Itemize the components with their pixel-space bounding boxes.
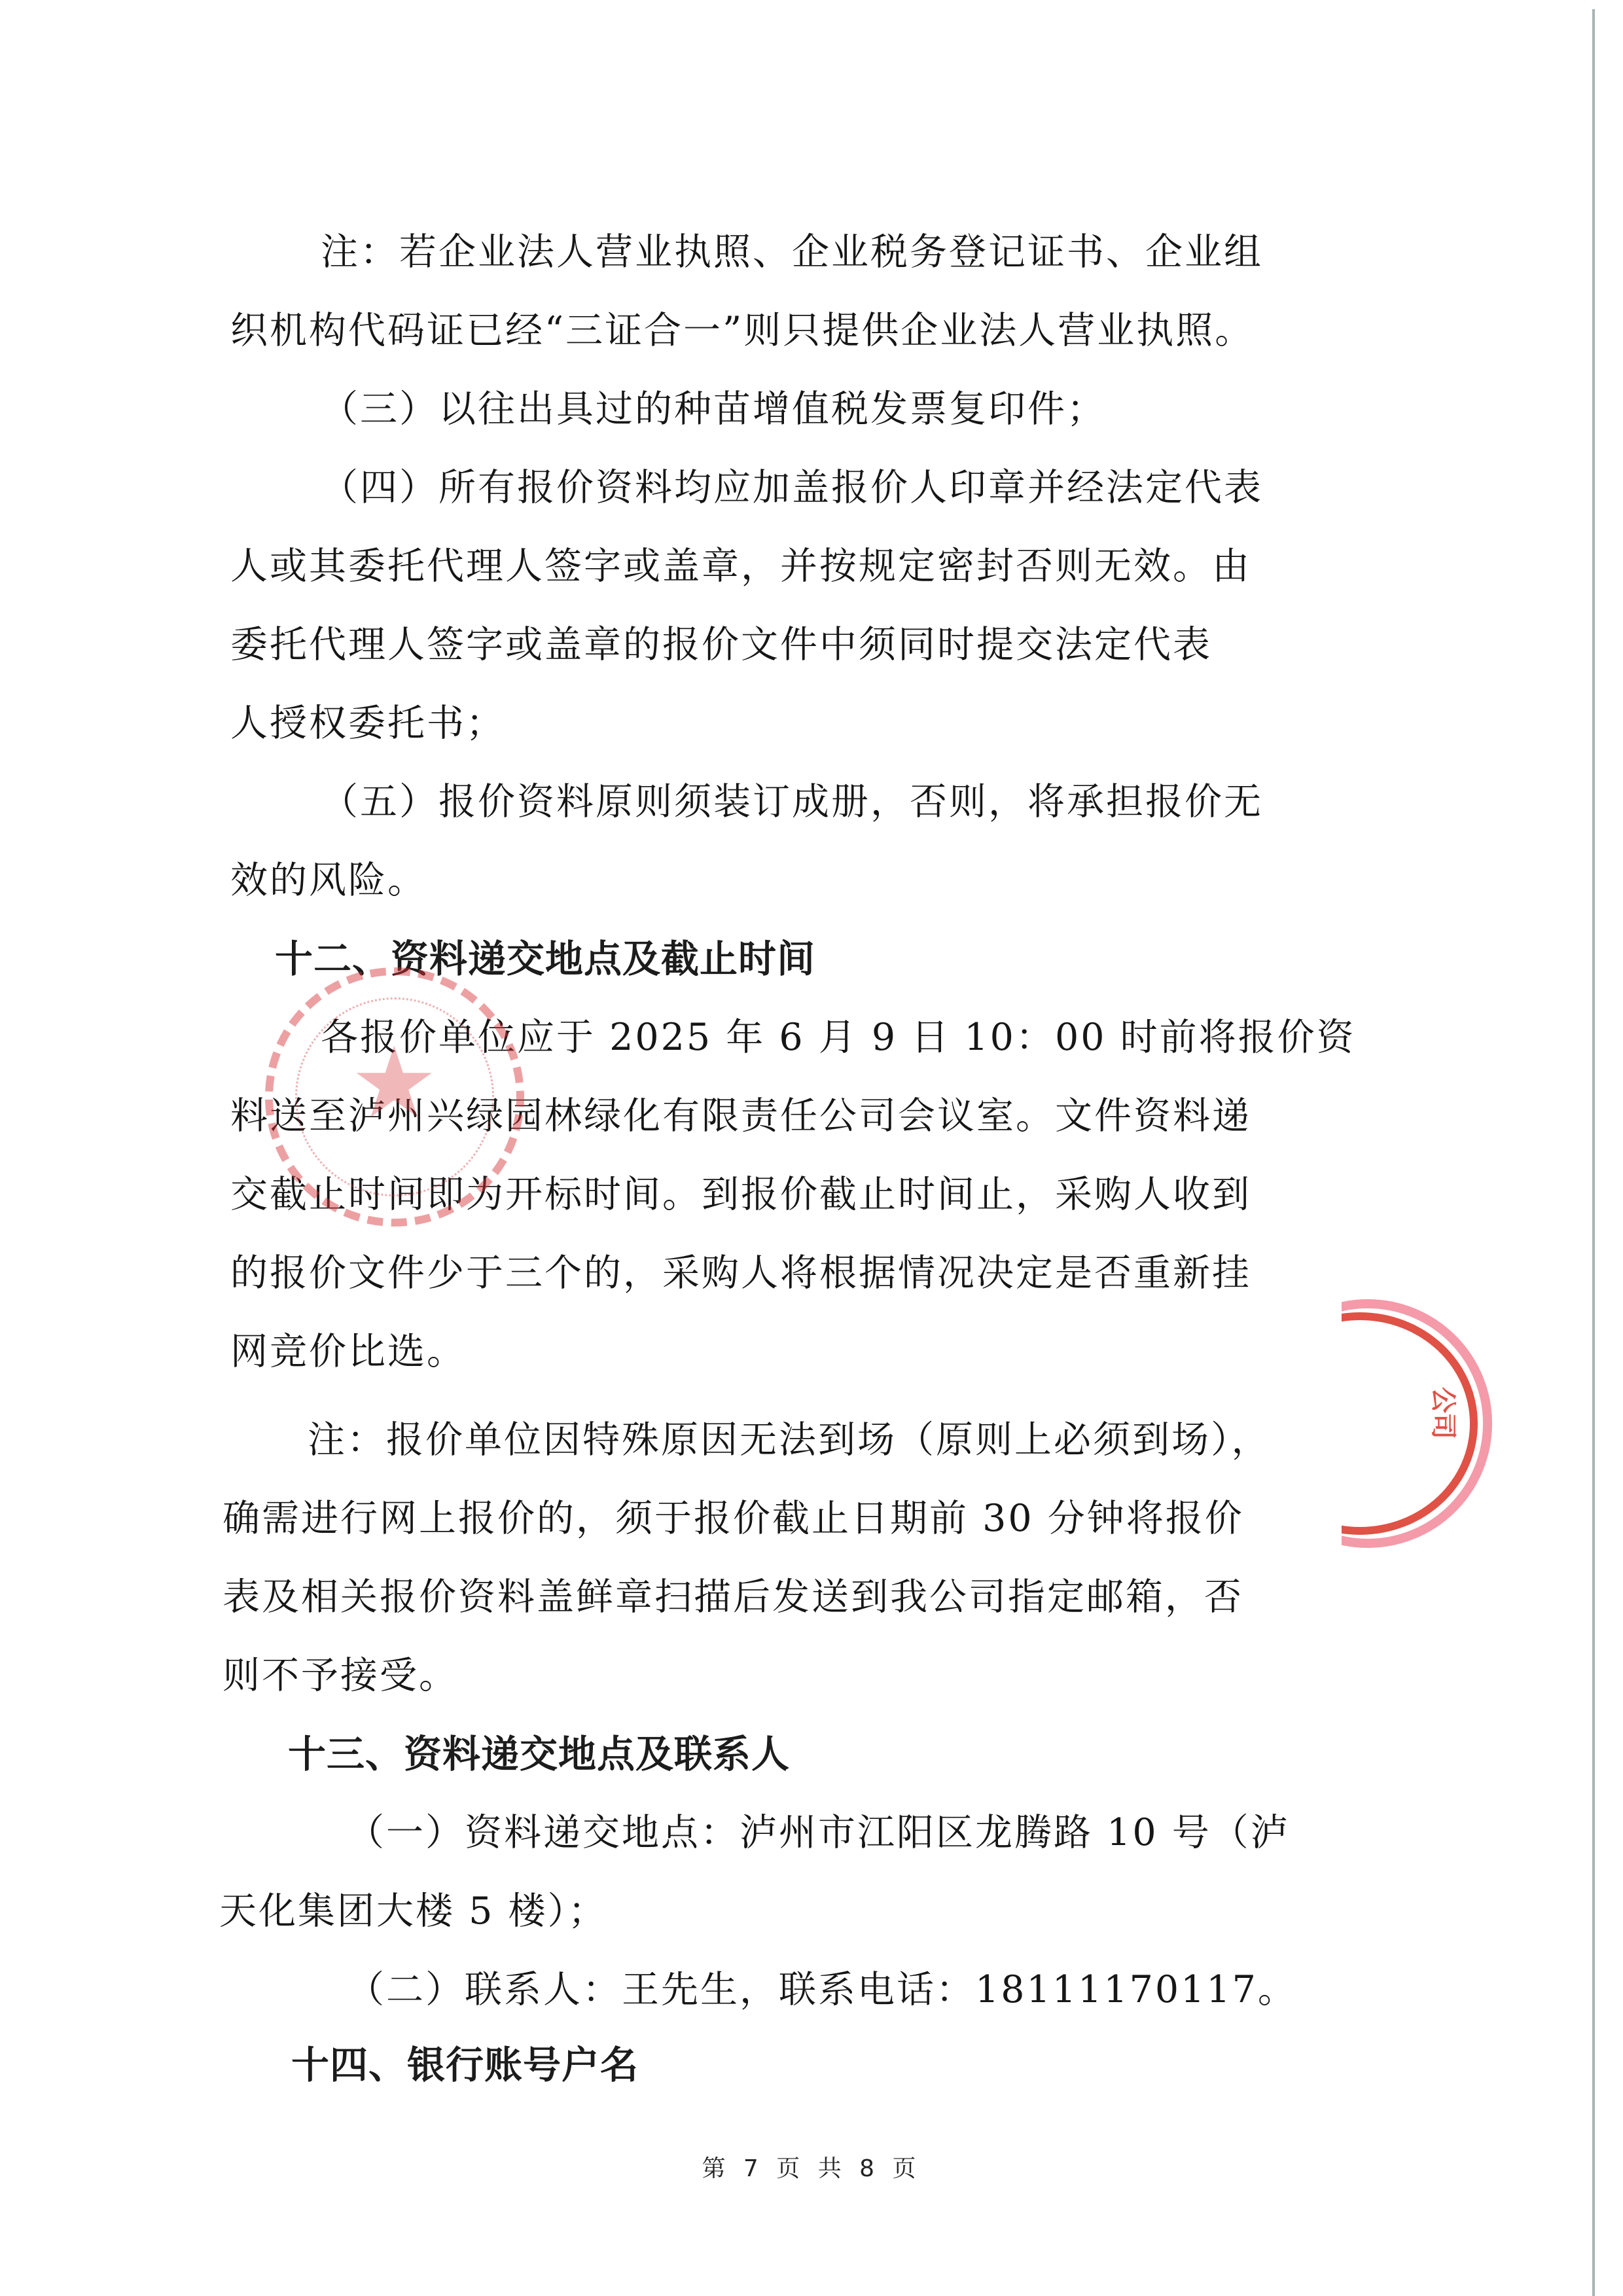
note-2-line-4: 则不予接受。 [223, 1649, 458, 1702]
note-2-line-1: 注：报价单位因特殊原因无法到场（原则上必须到场）， [308, 1414, 1271, 1466]
section-13-heading: 十三、资料递交地点及联系人 [288, 1728, 790, 1780]
note-1-line-1: 注：若企业法人营业执照、企业税务登记证书、企业组 [321, 226, 1263, 278]
page-number-footer: 第 7 页 共 8 页 [0, 2150, 1623, 2183]
section-13-item-2-line-1: （二）联系人：王先生，联系电话：18111170117。 [347, 1964, 1297, 2016]
note-2-line-3: 表及相关报价资料盖鲜章扫描后发送到我公司指定邮箱，否 [223, 1571, 1243, 1623]
item-4-line-3: 委托代理人签字或盖章的报价文件中须同时提交法定代表 [230, 619, 1212, 671]
section-12-line-4: 的报价文件少于三个的，采购人将根据情况决定是否重新挂 [230, 1247, 1251, 1299]
item-3-line-1: （三）以往出具过的种苗增值税发票复印件； [321, 383, 1106, 435]
note-1-line-2: 织机构代码证已经“三证合一”则只提供企业法人营业执照。 [230, 304, 1254, 357]
section-13-item-1-line-2: 天化集团大楼 5 楼）； [219, 1885, 607, 1937]
item-5-line-1: （五）报价资料原则须装订成册，否则，将承担报价无 [321, 776, 1263, 828]
document-page: 注：若企业法人营业执照、企业税务登记证书、企业组 织机构代码证已经“三证合一”则… [0, 0, 1623, 2296]
scan-edge-line [1592, 9, 1595, 2296]
section-12-line-5: 网竞价比选。 [230, 1325, 466, 1378]
item-5-line-2: 效的风险。 [230, 854, 427, 906]
section-13-item-1-line-1: （一）资料递交地点：泸州市江阳区龙腾路 10 号（泸 [347, 1806, 1290, 1859]
seal-star-icon: ★ [350, 1034, 438, 1132]
item-4-line-1: （四）所有报价资料均应加盖报价人印章并经法定代表 [321, 461, 1263, 514]
note-2-line-2: 确需进行网上报价的，须于报价截止日期前 30 分钟将报价 [223, 1492, 1244, 1545]
section-14-heading: 十四、银行账号户名 [291, 2039, 639, 2091]
seam-seal-text: 公司 [1427, 1387, 1459, 1420]
item-4-line-2: 人或其委托代理人签字或盖章，并按规定密封否则无效。由 [230, 540, 1251, 592]
seam-seal-stamp: 公司 [1342, 1299, 1499, 1548]
item-4-line-4: 人授权委托书； [230, 697, 505, 749]
